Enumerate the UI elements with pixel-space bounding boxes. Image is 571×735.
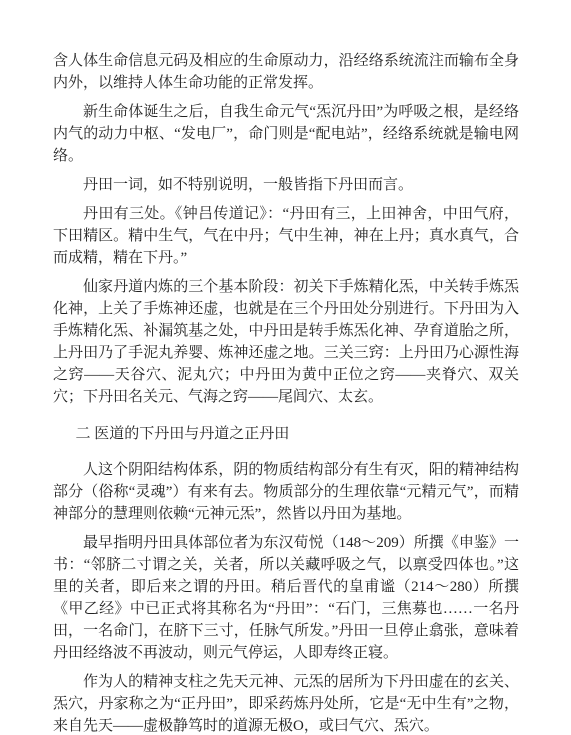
paragraph: 作为人的精神支柱之先天元神、元炁的居所为下丹田虚在的玄关、炁穴，丹家称之为“正丹… bbox=[53, 671, 519, 735]
paragraph: 丹田有三处。《钟吕传道记》：“丹田有三，上田神舍，中田气府，下田精区。精中生气，… bbox=[53, 203, 519, 269]
paragraph: 丹田一词，如不特别说明，一般皆指下丹田而言。 bbox=[53, 174, 519, 196]
paragraph: 仙家丹道内炼的三个基本阶段：初关下手炼精化炁，中关转手炼炁化神，上关了手炼神还虚… bbox=[53, 276, 519, 408]
book-page: 含人体生命信息元码及相应的生命原动力，沿经络系统流注而输布全身内外，以维持人体生… bbox=[0, 0, 571, 735]
paragraph-continuation: 含人体生命信息元码及相应的生命原动力，沿经络系统流注而输布全身内外，以维持人体生… bbox=[53, 50, 519, 94]
paragraph: 最早指明丹田具体部位者为东汉荀悦（148～209）所撰《申鉴》一书：“邻脐二寸谓… bbox=[53, 532, 519, 664]
paragraph: 新生命体诞生之后，自我生命元气“炁沉丹田”为呼吸之根，是经络内气的动力中枢、“发… bbox=[53, 101, 519, 167]
paragraph: 人这个阴阳结构体系，阴的物质结构部分有生有灭，阳的精神结构部分（俗称“灵魂”）有… bbox=[53, 459, 519, 525]
section-heading: 二 医道的下丹田与丹道之正丹田 bbox=[53, 423, 519, 445]
